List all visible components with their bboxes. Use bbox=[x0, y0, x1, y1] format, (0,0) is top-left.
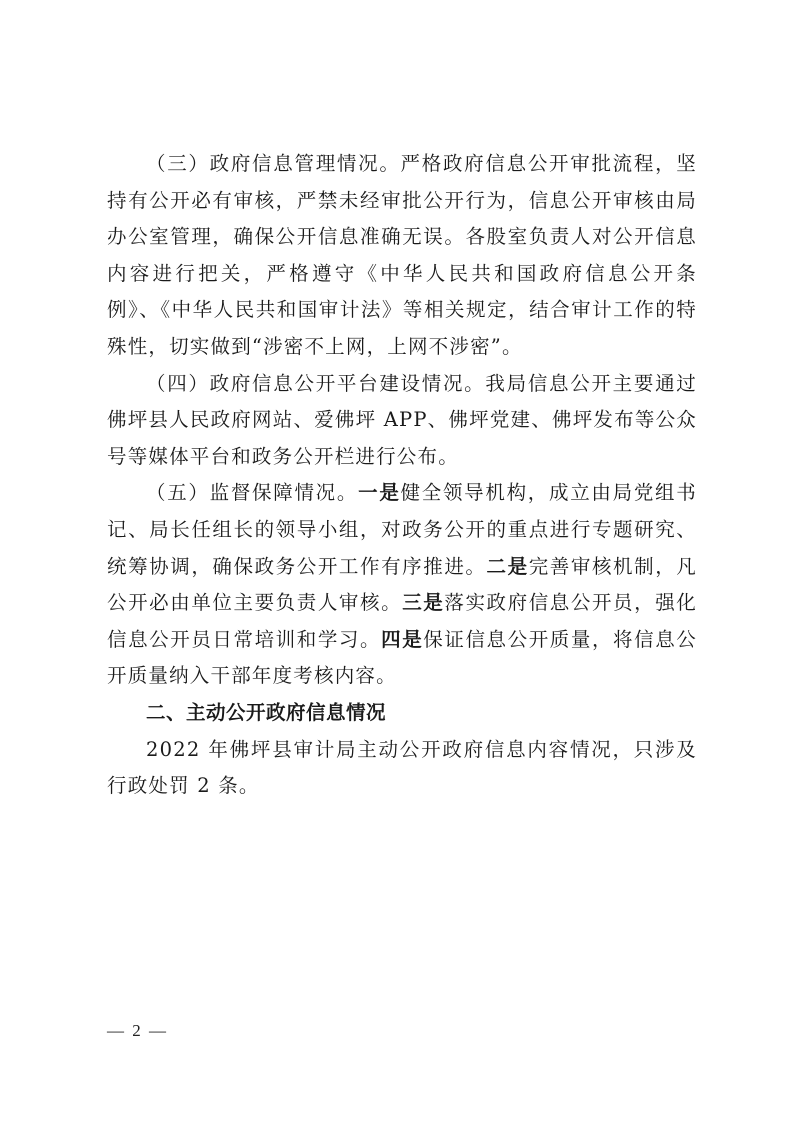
paragraph-government-info-management: （三）政府信息管理情况。严格政府信息公开审批流程，坚持有公开必有审核，严禁未经审… bbox=[107, 146, 697, 366]
paragraph-proactive-disclosure-summary: 2022 年佛坪县审计局主动公开政府信息内容情况，只涉及行政处罚 2 条。 bbox=[107, 732, 697, 805]
page-number: — 2 — bbox=[107, 1021, 168, 1041]
item-3-label: 三是 bbox=[402, 591, 444, 614]
item-4-label: 四是 bbox=[381, 628, 423, 651]
paragraph-supervision-guarantee: （五）监督保障情况。一是健全领导机构，成立由局党组书记、局长任组长的领导小组，对… bbox=[107, 475, 697, 695]
document-body: （三）政府信息管理情况。严格政府信息公开审批流程，坚持有公开必有审核，严禁未经审… bbox=[107, 146, 697, 805]
supervision-lead: （五）监督保障情况。 bbox=[146, 481, 358, 504]
section-heading-proactive-disclosure: 二、主动公开政府信息情况 bbox=[107, 695, 697, 732]
item-1-label: 一是 bbox=[358, 481, 400, 504]
item-2-label: 二是 bbox=[487, 555, 529, 578]
paragraph-platform-construction: （四）政府信息公开平台建设情况。我局信息公开主要通过佛坪县人民政府网站、爱佛坪 … bbox=[107, 366, 697, 476]
document-page: （三）政府信息管理情况。严格政府信息公开审批流程，坚持有公开必有审核，严禁未经审… bbox=[0, 0, 793, 1122]
